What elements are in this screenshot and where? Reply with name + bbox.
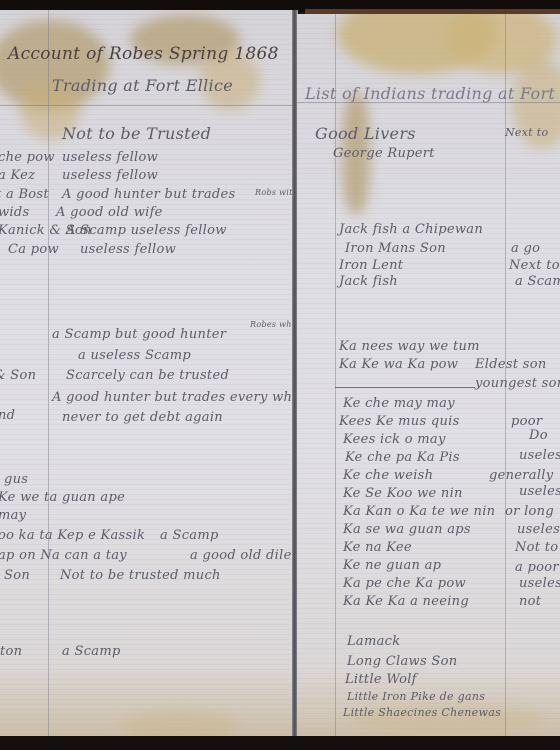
name-entry: ton — [0, 644, 22, 659]
name-entry: Ca pow — [8, 242, 59, 257]
name-entry: Jack fish — [339, 274, 398, 289]
name-entry: Jack fish a Chipewan — [339, 222, 483, 237]
name-entry: nd — [0, 408, 15, 423]
name-entry: Ke Se Koo we nin — [343, 486, 463, 501]
page-title: Account of Robes Spring 1868 — [8, 44, 279, 64]
remark-entry: a Scamp — [160, 528, 219, 543]
name-entry: Lamack — [347, 634, 400, 649]
water-stain — [120, 710, 240, 737]
remark-entry: Not to be trusted much — [60, 568, 221, 583]
name-entry: Long Claws Son — [347, 654, 457, 669]
name-entry: & Son — [0, 368, 36, 383]
remark-entry: Scarcely can be trusted — [66, 368, 229, 383]
section-divider — [335, 387, 475, 388]
name-entry: Little Shaecines Chenewas — [343, 706, 501, 719]
name-entry: Ka pe che Ka pow — [343, 576, 466, 591]
column-heading: Not to be Trusted — [62, 124, 211, 143]
remark-entry: never to get debt again — [62, 410, 223, 425]
right-page: List of Indians trading at Fort Ellice G… — [297, 14, 560, 738]
name-entry: Ke che may may — [343, 396, 455, 411]
column-heading-right: Next to — [505, 126, 548, 139]
name-entry: Kees Ke mus quis — [339, 414, 460, 429]
margin-remark: a Scamp — [515, 274, 560, 289]
remark-entry: A good hunter but trades every where — [52, 390, 293, 405]
margin-remark: Not to — [515, 540, 558, 555]
margin-remark: a go — [511, 241, 540, 256]
remark-entry: useless fellow — [62, 150, 158, 165]
name-entry: Iron Mans Son — [345, 241, 446, 256]
inline-note: Eldest son — [475, 357, 547, 372]
name-entry: George Rupert — [333, 146, 435, 161]
name-entry: may — [0, 508, 26, 523]
page-subtitle: Trading at Fort Ellice — [52, 76, 233, 95]
remark-entry: A good old wife — [56, 205, 163, 220]
name-entry: wids — [0, 205, 29, 220]
margin-rule — [48, 10, 49, 737]
book-cover-bottom — [0, 736, 560, 750]
margin-remark: Next to — [509, 258, 560, 273]
remark-entry: useless fellow — [80, 242, 176, 257]
header-rule — [0, 105, 293, 106]
margin-remark: useless — [517, 522, 560, 537]
marginal-note: Robs with every — [255, 188, 293, 197]
name-entry: che pow — [0, 150, 55, 165]
remark-entry: a good old dile — [190, 548, 292, 563]
name-entry: gus — [4, 472, 28, 487]
name-entry: ap on Na can a tay — [0, 548, 127, 563]
name-entry: Ke we ta guan ape — [0, 490, 125, 505]
name-entry: Ke ne guan ap — [343, 558, 441, 573]
margin-rule — [335, 14, 336, 738]
remark-entry: a Scamp — [62, 644, 121, 659]
name-entry: a Kez — [0, 168, 35, 183]
name-entry: Ka Kan o Ka te we nin — [343, 504, 495, 519]
remark-entry: A good hunter but trades — [62, 187, 235, 202]
left-page: Account of Robes Spring 1868 Trading at … — [0, 10, 293, 737]
name-entry: t a Bost — [0, 187, 49, 202]
margin-remark: useless — [519, 484, 560, 499]
remark-entry: A Scamp useless fellow — [66, 223, 227, 238]
margin-remark: not — [519, 594, 541, 609]
name-entry: oo ka ta Kep e Kassik — [0, 528, 145, 543]
remark-entry: a Scamp but good hunter — [52, 327, 226, 342]
margin-remark: Do — [529, 428, 548, 443]
inline-note: youngest son — [475, 376, 560, 391]
name-entry: Ka nees way we tum — [339, 339, 480, 354]
page-header: List of Indians trading at Fort Ellice — [305, 84, 560, 103]
name-entry: Kees ick o may — [343, 432, 446, 447]
margin-remark: a poor — [515, 560, 559, 575]
name-entry: Iron Lent — [339, 258, 403, 273]
margin-remark: poor — [511, 414, 542, 429]
name-entry: Little Wolf — [345, 672, 417, 687]
name-entry: Ka Ke Ka a neeing — [343, 594, 469, 609]
margin-remark: useless — [519, 576, 560, 591]
name-entry: Little Iron Pike de gans — [347, 690, 485, 703]
remark-entry: useless fellow — [62, 168, 158, 183]
margin-remark: useless — [519, 448, 560, 463]
name-entry: Ka Ke wa Ka pow — [339, 357, 458, 372]
column-heading: Good Livers — [315, 124, 416, 143]
name-entry: Ka se wa guan aps — [343, 522, 471, 537]
margin-remark: or long — [505, 504, 554, 519]
name-entry: Ke na Kee — [343, 540, 412, 555]
ledger-book-spread: Account of Robes Spring 1868 Trading at … — [0, 0, 560, 750]
remark-entry: a useless Scamp — [78, 348, 191, 363]
name-entry: Ke che pa Ka Pis — [345, 450, 460, 465]
name-entry: Ke che weish — [343, 468, 433, 483]
name-entry: Son — [4, 568, 30, 583]
margin-remark: generally — [489, 468, 553, 483]
marginal-note: Robes when he — [250, 320, 293, 329]
